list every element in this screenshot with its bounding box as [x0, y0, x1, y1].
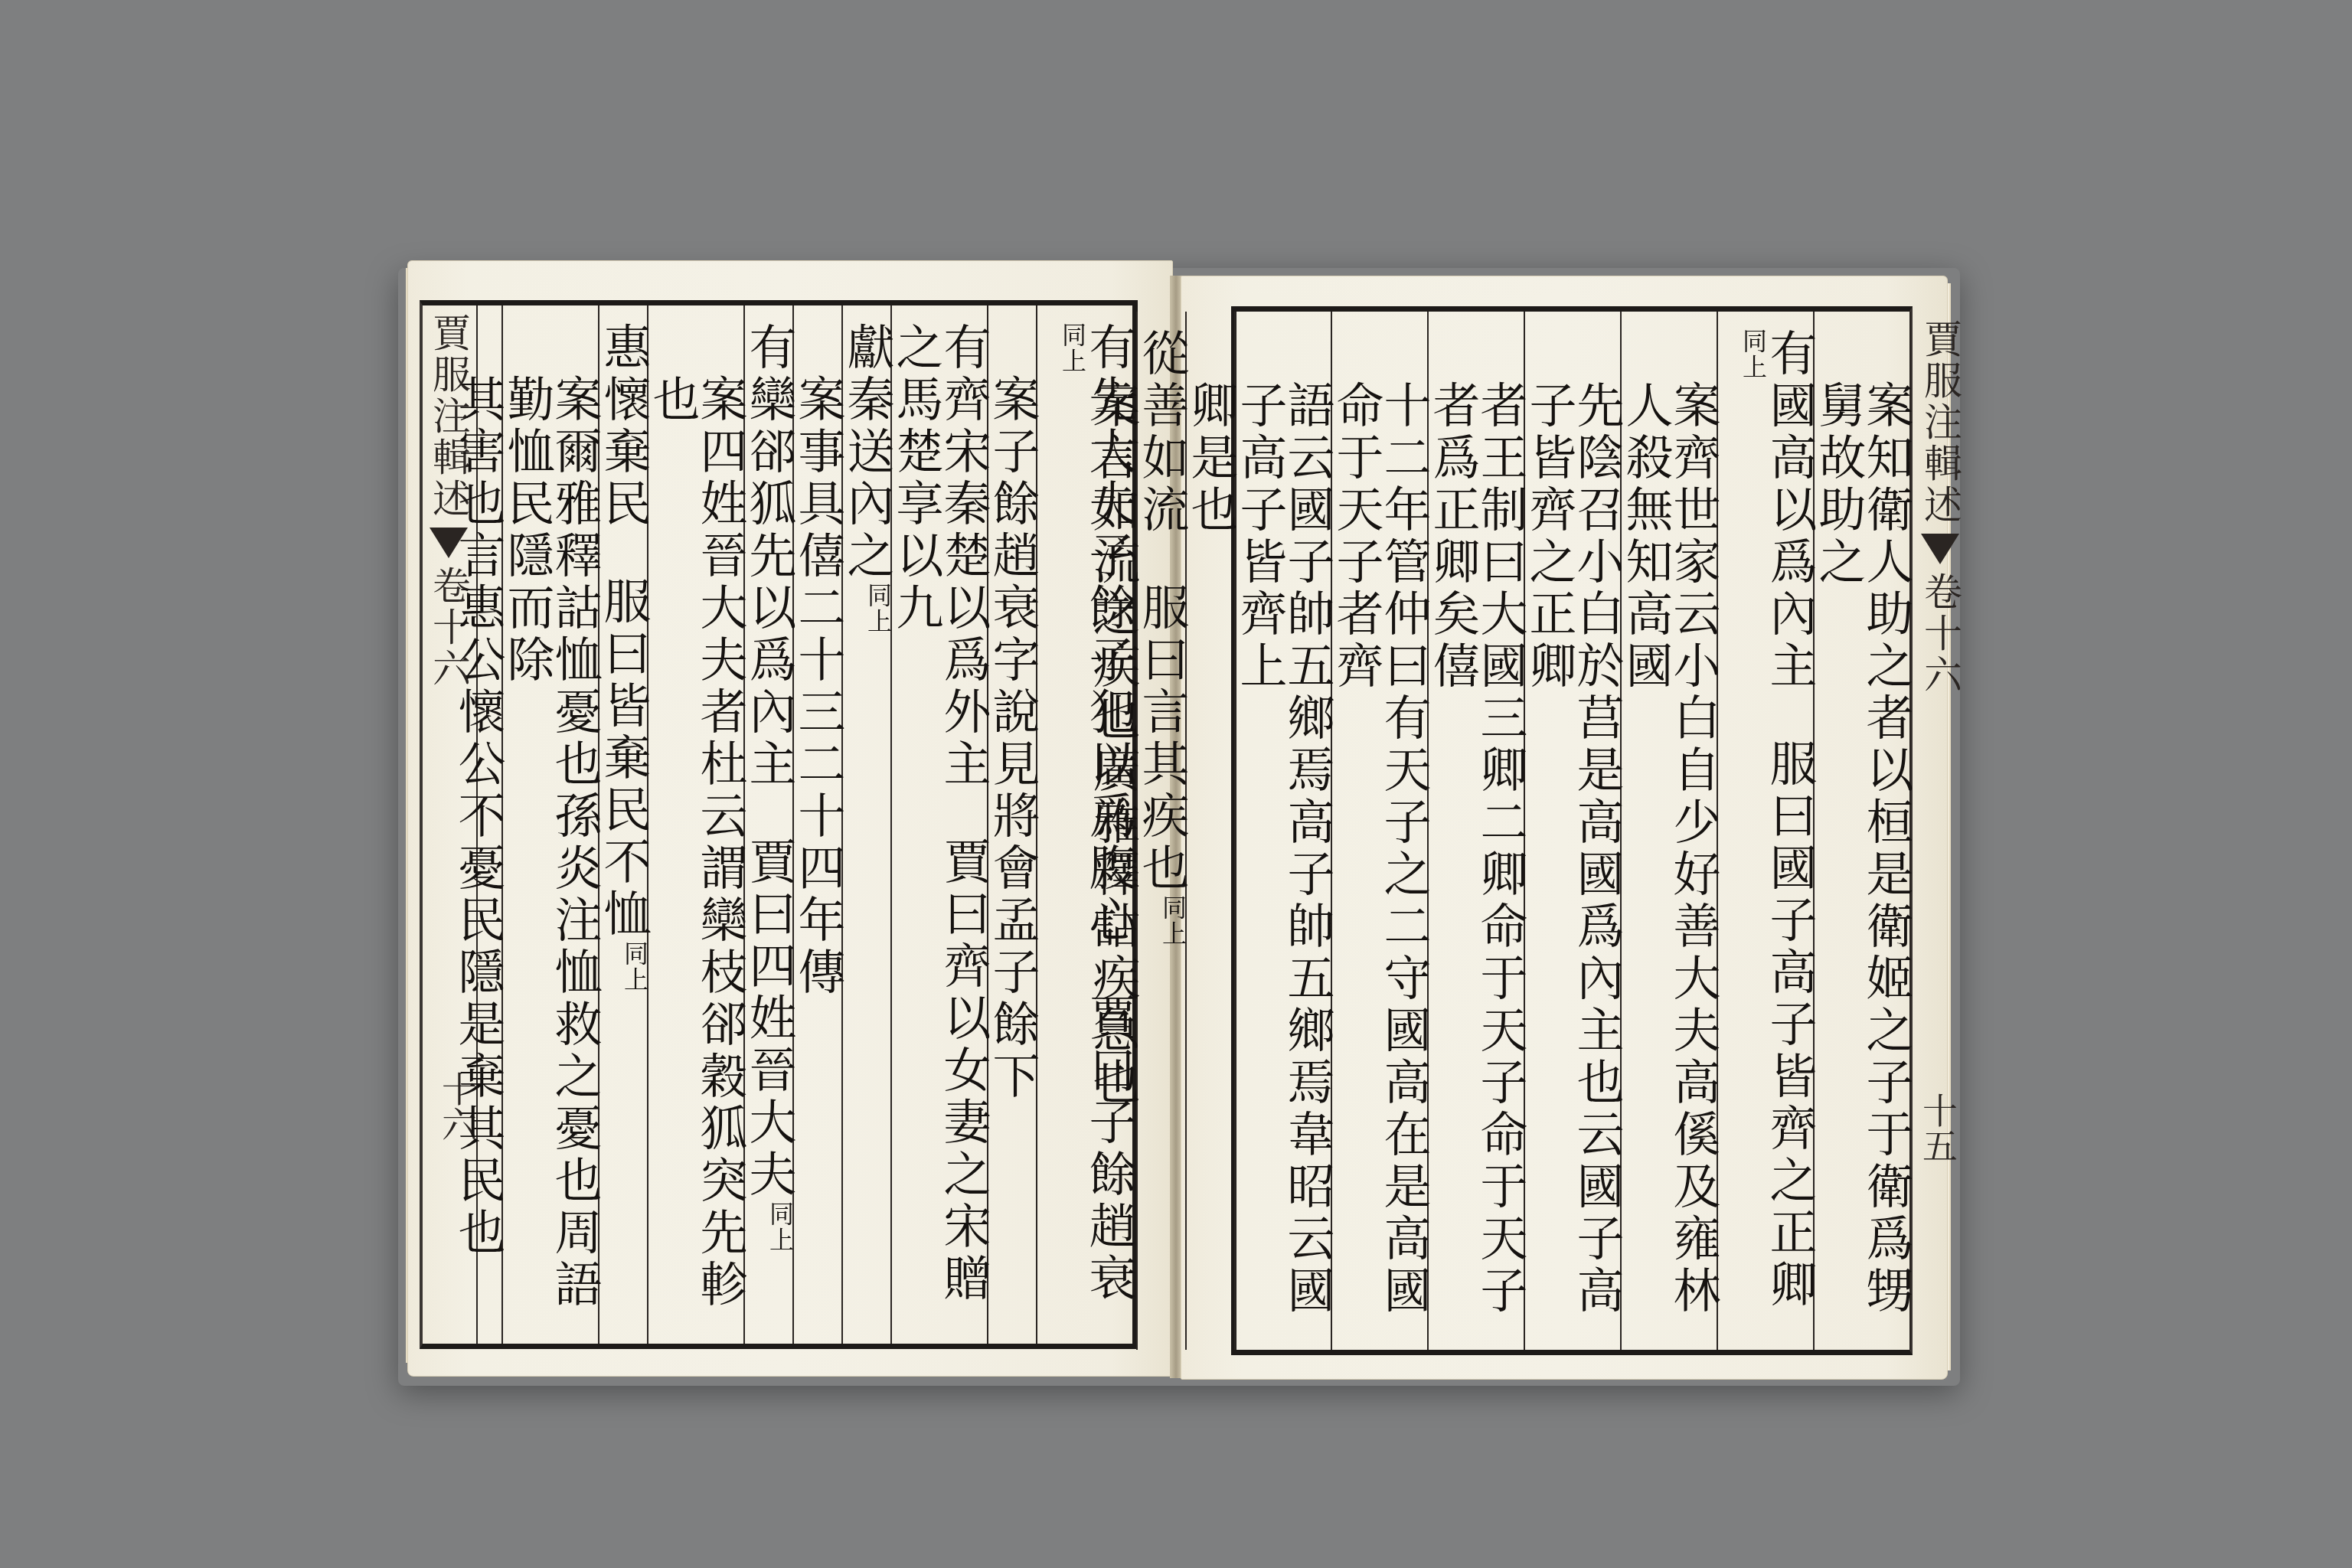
left-page-frame: 賈服注輯述卷十六 十六 有先大夫子餘子犯以爲腹心賈曰子餘趙衰同上 案子餘趙衰字說… — [420, 300, 1138, 1349]
right-page-columns: 案知衛人助之者以桓是衛姬之子于衛爲甥舅故助之 有國高以爲內主服曰國子高子皆齊之正… — [1236, 312, 1909, 1350]
text-column: 其害也言惠公懷公不憂民隱是棄其民也 — [454, 305, 501, 1344]
text-column: 惠懷棄民服曰皆棄民不恤同上 — [598, 305, 647, 1344]
text-column: 卿是也 — [1185, 312, 1234, 1350]
note-annotation: 同上 — [622, 941, 647, 993]
margin-volume: 卷十六 — [1918, 572, 1962, 696]
note-annotation: 同上 — [866, 583, 890, 635]
text-column: 有國高以爲內主服曰國子高子皆齊之正卿同上 — [1717, 312, 1813, 1350]
page-number: 十五 — [1913, 1093, 1963, 1163]
text-column: 語云國子帥五鄉焉高子帥五鄉焉韋昭云國子高子皆齊上 — [1234, 312, 1331, 1350]
text-column: 案子餘趙衰字說見將會孟子餘下 — [987, 305, 1036, 1344]
right-page-margin: 賈服注輯述卷十六 — [1909, 312, 1968, 1350]
text-column: 先陰召小白於莒是高國爲內主也云國子高子皆齊之正卿 — [1524, 312, 1620, 1350]
text-column: 案言如流之疾也廣雅釋詁疾急也 — [1089, 312, 1136, 1350]
text-column: 案事具僖二十三二十四年傳 — [792, 305, 841, 1344]
right-page-frame: 賈服注輯述卷十六 十五 案知衛人助之者以桓是衛姬之子于衛爲甥舅故助之 有國高以爲… — [1231, 306, 1913, 1355]
text-column: 者王制曰大國三卿二卿命于天子命于天子者爲正卿矣僖 — [1427, 312, 1524, 1350]
left-page-columns: 有先大夫子餘子犯以爲腹心賈曰子餘趙衰同上 案子餘趙衰字說見將會孟子餘下 有齊宋秦… — [484, 305, 1132, 1344]
note-annotation: 同上 — [1741, 328, 1766, 381]
text-column: 案爾雅釋詁恤憂也孫炎注恤救之憂也周語勤恤民隱而除 — [501, 305, 598, 1344]
note-annotation: 同上 — [768, 1201, 792, 1253]
text-column: 案知衛人助之者以桓是衛姬之子于衛爲甥舅故助之 — [1813, 312, 1909, 1350]
text-column: 案四姓晉大夫者杜云謂欒枝郤穀狐突先軫也 — [647, 305, 743, 1344]
text-column: 獻秦送內之同上 — [841, 305, 890, 1344]
text-column: 有欒郤狐先以爲內主賈曰四姓晉大夫同上 — [743, 305, 792, 1344]
fish-tail-icon — [1921, 534, 1959, 564]
margin-title: 賈服注輯述 — [1918, 319, 1962, 526]
note-annotation: 同上 — [1161, 895, 1185, 947]
text-column: 有齊宋秦楚以爲外主賈曰齊以女妻之宋贈之馬楚享以九 — [890, 305, 987, 1344]
text-column: 案齊世家云小白自少好善大夫高傒及雍林人殺無知高國 — [1620, 312, 1717, 1350]
text-column: 從善如流服曰言其疾也同上 — [1136, 312, 1185, 1350]
text-column: 十二年管仲曰有天子之二守國高在是高國命于天子者齊 — [1331, 312, 1427, 1350]
note-annotation: 同上 — [1060, 322, 1085, 374]
